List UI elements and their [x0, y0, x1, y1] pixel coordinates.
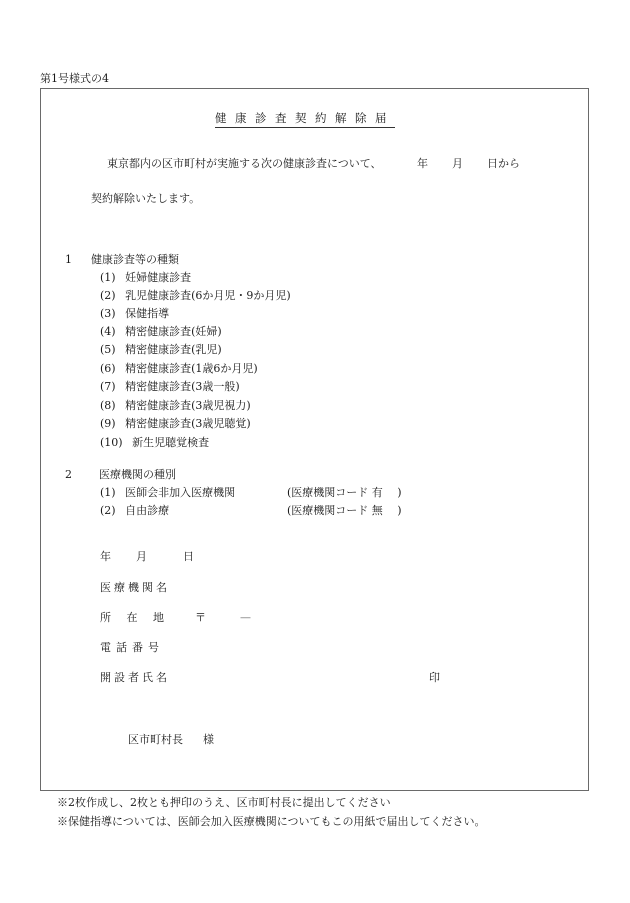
checkup-type-item: (10) 新生児聴覚検査: [100, 437, 209, 448]
institution-type-item: (2) 自由診療: [100, 505, 169, 516]
note-2: ※保健指導については、医師会加入医療機関についてもこの用紙で届出してください。: [57, 816, 486, 827]
form-number: 第1号様式の4: [40, 73, 109, 84]
item-label: 妊婦健康診査: [125, 271, 191, 284]
intro-line-1: 東京都内の区市町村が実施する次の健康診査について、: [107, 158, 382, 169]
item-label: 保健指導: [125, 307, 169, 320]
item-label: 精密健康診査(3歳一般): [125, 380, 240, 393]
note-1: ※2枚作成し、2枚とも押印のうえ、区市町村長に提出してください: [57, 797, 391, 808]
item-marker: (8): [100, 399, 116, 412]
section-1-title: 健康診査等の種類: [91, 254, 179, 265]
addressee-honorific: 様: [203, 734, 214, 745]
date-year-label: 年: [100, 551, 111, 562]
item-marker: (9): [100, 417, 116, 430]
date-month-label: 月: [136, 551, 147, 562]
section-2-title: 医療機関の種別: [99, 469, 176, 480]
checkup-type-item: (4) 精密健康診査(妊婦): [100, 326, 222, 337]
item-marker: (7): [100, 380, 116, 393]
seal-mark: 印: [429, 672, 440, 683]
checkup-type-item: (6) 精密健康診査(1歳6か月児): [100, 363, 258, 374]
institution-code-note: (医療機関コード 無 ): [287, 505, 402, 516]
postal-dash: —: [240, 612, 251, 623]
item-label: 精密健康診査(乳児): [125, 343, 222, 356]
item-marker: (2): [100, 504, 116, 517]
phone-label: 電話番号: [100, 642, 164, 653]
intro-line-2: 契約解除いたします。: [91, 193, 200, 204]
institution-type-item: (1) 医師会非加入医療機関: [100, 487, 235, 498]
item-label: 新生児聴覚検査: [132, 436, 209, 449]
institution-code-note: (医療機関コード 有 ): [287, 487, 402, 498]
intro-month-label: 月: [452, 158, 463, 169]
address-label: 所 在 地: [100, 612, 170, 623]
item-label: 自由診療: [125, 504, 169, 517]
item-marker: (2): [100, 289, 116, 302]
date-day-label: 日: [183, 551, 194, 562]
postal-mark: 〒: [195, 612, 206, 623]
checkup-type-item: (9) 精密健康診査(3歳児聴覚): [100, 418, 251, 429]
item-marker: (5): [100, 343, 116, 356]
item-marker: (3): [100, 307, 116, 320]
item-marker: (4): [100, 325, 116, 338]
item-label: 精密健康診査(3歳児視力): [125, 399, 251, 412]
section-1-number: 1: [65, 254, 72, 265]
checkup-type-item: (3) 保健指導: [100, 308, 169, 319]
item-marker: (1): [100, 271, 116, 284]
item-marker: (6): [100, 362, 116, 375]
intro-day-label: 日から: [487, 158, 520, 169]
founder-name-label: 開設者氏名: [100, 672, 170, 683]
item-label: 乳児健康診査(6か月児・9か月児): [125, 289, 291, 302]
checkup-type-item: (2) 乳児健康診査(6か月児・9か月児): [100, 290, 291, 301]
item-label: 医師会非加入医療機関: [125, 486, 235, 499]
item-label: 精密健康診査(妊婦): [125, 325, 222, 338]
item-label: 精密健康診査(3歳児聴覚): [125, 417, 251, 430]
item-marker: (1): [100, 486, 116, 499]
intro-year-label: 年: [417, 158, 428, 169]
item-label: 精密健康診査(1歳6か月児): [125, 362, 258, 375]
section-2-number: 2: [65, 469, 72, 480]
checkup-type-item: (8) 精密健康診査(3歳児視力): [100, 400, 251, 411]
checkup-type-item: (5) 精密健康診査(乳児): [100, 344, 222, 355]
checkup-type-item: (7) 精密健康診査(3歳一般): [100, 381, 240, 392]
institution-name-label: 医療機関名: [100, 582, 170, 593]
document-title: 健康診査契約解除届: [215, 113, 395, 128]
item-marker: (10): [100, 436, 123, 449]
checkup-type-item: (1) 妊婦健康診査: [100, 272, 191, 283]
addressee-label: 区市町村長: [128, 734, 183, 745]
